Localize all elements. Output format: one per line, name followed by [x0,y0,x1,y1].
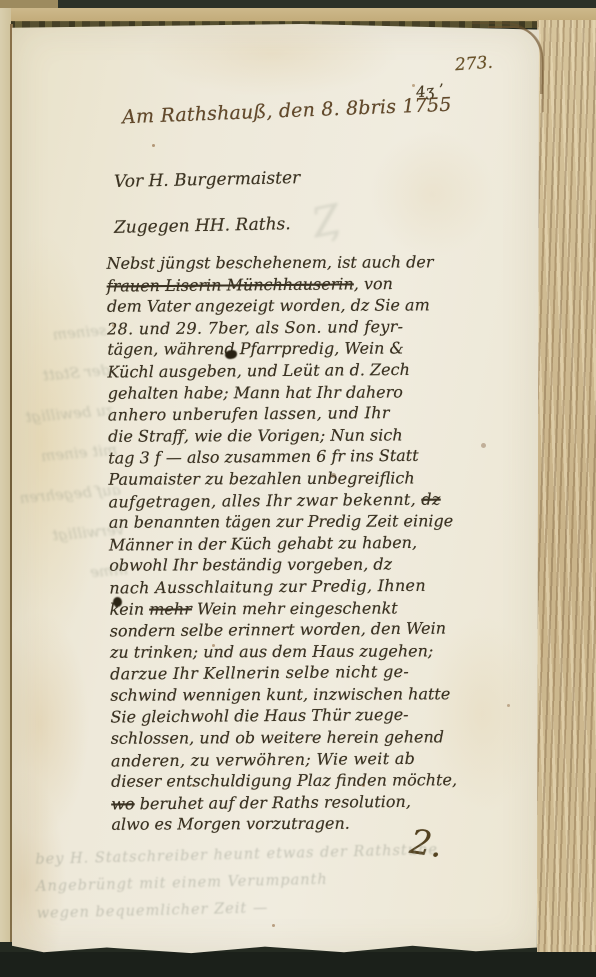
foxing-specks [152,144,155,147]
body-line: Küchl ausgeben, und Leüt an d. Zech [107,358,453,383]
body-line: 28. und 29. 7ber, als Son. und feyr- [107,315,453,340]
body-line: gehalten habe; Mann hat Ihr dahero [108,381,454,404]
body-line: schlossen, und ob weitere herein gehend [111,726,457,749]
salutation-raths: Zugegen HH. Raths. [114,214,291,238]
salutation-burgermaister: Vor H. Burgermaister [114,168,301,192]
body-line: schwind wennigen kunt, inzwischen hatte [110,683,456,706]
show-through-bottom-text: bey H. Statschreiber heunt etwas der Rat… [35,837,440,928]
manuscript-page: 273. 4ʒ ʼ Am Rathshauß, den 8. 8bris 175… [12,24,539,955]
body-line: wo beruhet auf der Raths resolution, [111,790,457,815]
manuscript-photo: 273. 4ʒ ʼ Am Rathshauß, den 8. 8bris 175… [0,0,596,977]
body-line: anhero unberufen lassen, und Ihr [108,402,454,427]
heading-dateline: Am Rathshauß, den 8. 8bris 1755 [122,94,452,129]
body-line: dem Vater angezeigt worden, dz Sie am [107,294,453,317]
book-bottom-backdrop [0,952,596,977]
body-line: Männer in der Küch gehabt zu haben, [109,531,455,556]
ink-blot [113,597,122,607]
fore-edge-page-stack [537,20,596,958]
body-line: anderen, zu verwöhren; Wie weit ab [111,747,457,772]
body-line: zu trinken; und aus dem Haus zugehen; [110,640,456,663]
page-corner-curl-line [472,22,544,112]
show-through-swirl: Ȥ [308,197,345,248]
body-line: tag 3 f — also zusammen 6 fr ins Statt [108,445,454,470]
body-line: alwo es Morgen vorzutragen. [111,813,457,836]
body-line: Nebst jüngst beschehenem, ist auch der [107,251,453,274]
body-line: tägen, während Pfarrpredig, Wein & [107,338,453,361]
page-stack-top-edge [0,8,596,22]
body-line: die Straff, wie die Vorigen; Nun sich [108,424,454,447]
body-line: darzue Ihr Kellnerin selbe nicht ge- [110,661,456,686]
body-line: obwohl Ihr beständig vorgeben, dz [109,554,455,577]
body-line: aufgetragen, alles Ihr zwar bekennt, dz [109,488,455,513]
body-line: Sie gleichwohl die Haus Thür zuege- [110,704,456,729]
body-line: sondern selbe erinnert worden, den Wein [110,618,456,643]
body-line: Paumaister zu bezahlen unbegreiflich [108,467,454,490]
body-line: an benannten tägen zur Predig Zeit einig… [109,510,455,533]
body-text-block: Nebst jüngst beschehenem, ist auch derfr… [106,251,457,837]
body-line: kein mehr Wein mehr eingeschenkt [110,597,456,620]
body-line: frauen Liserin Münchhauserin, von [107,272,453,297]
body-line: dieser entschuldigung Plaz finden möchte… [111,769,457,792]
body-line: nach Ausschlaitung zur Predig, Ihnen [109,574,455,599]
